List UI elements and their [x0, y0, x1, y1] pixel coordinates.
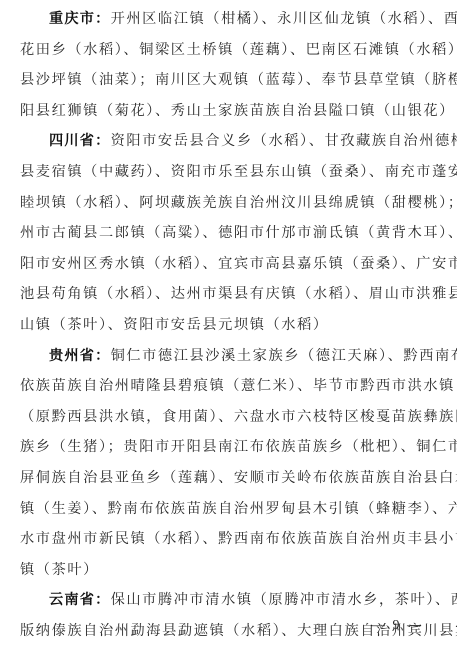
text-line: 池县苟角镇（水稻）、达州市渠县有庆镇（水稻）、眉山市洪雅县中	[20, 279, 440, 310]
text-line: 花田乡（水稻）、铜梁区土桥镇（莲藕）、巴南区石滩镇（水稻）、垫江	[20, 35, 440, 66]
text-line: 四川省：资阳市安岳县合义乡（水稻）、甘孜藏族自治州德格	[20, 126, 440, 157]
text-line: 镇（生姜）、黔南布依族苗族自治州罗甸县木引镇（蜂糖李）、六盘	[20, 494, 440, 525]
text-line: 屏侗族自治县亚鱼乡（莲藕）、安顺市关岭布依族苗族自治县白水	[20, 463, 440, 494]
text-line: 县沙坪镇（油菜）；南川区大观镇（蓝莓）、奉节县草堂镇（脐橙）、云	[20, 65, 440, 96]
text-line: 族乡（生猪）；贵阳市开阳县南江布依族苗族乡（枇杷）、铜仁市玉	[20, 432, 440, 463]
text-line: 阳市安州区秀水镇（水稻）、宜宾市高县嘉乐镇（蚕桑）、广安市岳	[20, 249, 440, 280]
province-heading: 云南省：	[49, 592, 111, 608]
text-line: 县麦宿镇（中藏药）、资阳市乐至县东山镇（蚕桑）、南充市蓬安县	[20, 157, 440, 188]
text-line: 阳县红狮镇（菊花）、秀山土家族苗族自治县隘口镇（山银花）	[20, 96, 440, 127]
text-line: 镇（茶叶）	[20, 555, 440, 586]
section-chongqing: 重庆市：开州区临江镇（柑橘）、永川区仙龙镇（水稻）、酉阳县 花田乡（水稻）、铜梁…	[20, 4, 440, 126]
text-line: 依族苗族自治州晴隆县碧痕镇（薏仁米）、毕节市黔西市洪水镇	[20, 371, 440, 402]
text-line: 重庆市：开州区临江镇（柑橘）、永川区仙龙镇（水稻）、酉阳县	[20, 4, 440, 35]
province-heading: 重庆市：	[49, 11, 111, 27]
text-line: 贵州省：铜仁市德江县沙溪土家族乡（德江天麻）、黔西南布	[20, 341, 440, 372]
text-line: 水市盘州市新民镇（水稻）、黔西南布依族苗族自治州贞丰县小屯	[20, 524, 440, 555]
text-line: 睦坝镇（水稻）、阿坝藏族羌族自治州汶川县绵虒镇（甜樱桃）；泸	[20, 188, 440, 219]
text-line: 山镇（茶叶）、资阳市安岳县元坝镇（水稻）	[20, 310, 440, 341]
text-line: （原黔西县洪水镇，食用菌）、六盘水市六枝特区梭戛苗族彝族回	[20, 402, 440, 433]
section-guizhou: 贵州省：铜仁市德江县沙溪土家族乡（德江天麻）、黔西南布 依族苗族自治州晴隆县碧痕…	[20, 341, 440, 586]
province-heading: 贵州省：	[49, 348, 111, 364]
text-line: 云南省：保山市腾冲市清水镇（原腾冲市清水乡，茶叶）、西双	[20, 585, 440, 616]
section-yunnan: 云南省：保山市腾冲市清水镇（原腾冲市清水乡，茶叶）、西双 版纳傣族自治州勐海县勐…	[20, 585, 440, 646]
section-sichuan: 四川省：资阳市安岳县合义乡（水稻）、甘孜藏族自治州德格 县麦宿镇（中藏药）、资阳…	[20, 126, 440, 340]
page-number: — 9 —	[371, 618, 423, 634]
text-line: 州市古蔺县二郎镇（高粱）、德阳市什邡市湔氐镇（黄背木耳）、绵	[20, 218, 440, 249]
document-page: 重庆市：开州区临江镇（柑橘）、永川区仙龙镇（水稻）、酉阳县 花田乡（水稻）、铜梁…	[20, 4, 440, 646]
province-heading: 四川省：	[49, 133, 111, 149]
